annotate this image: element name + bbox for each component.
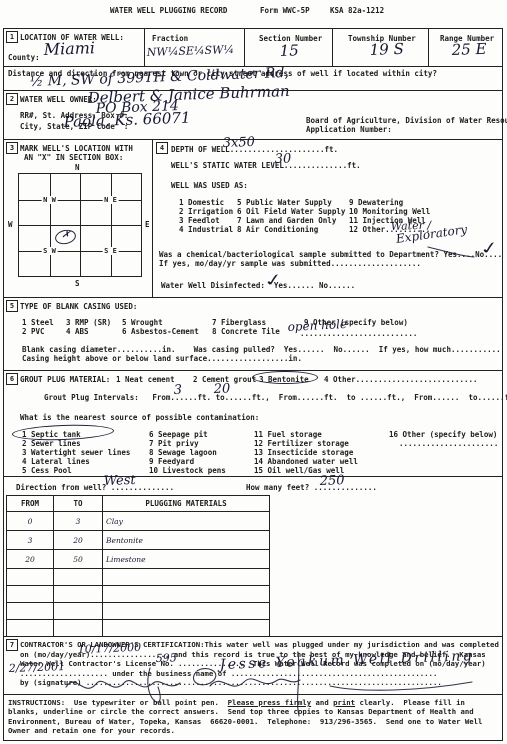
casing-title: TYPE OF BLANK CASING USED: — [20, 302, 137, 311]
license-number-value: 595 — [156, 651, 177, 665]
compass-east: E — [145, 220, 150, 229]
grid-line — [19, 200, 141, 201]
section3-number: 3 — [6, 142, 18, 154]
grid-title-line1: MARK WELL'S LOCATION WITH — [20, 144, 133, 153]
quadrant-ne-label: N E — [102, 196, 119, 204]
certification-line5: by (signature) .........................… — [20, 678, 442, 687]
bentonite-circle-annotation — [252, 371, 318, 384]
static-level-value: 30 — [274, 151, 291, 167]
instructions-text: INSTRUCTIONS: Use typewriter or ball poi… — [8, 698, 228, 707]
col-header-from: FROM — [7, 496, 54, 512]
to-cell — [54, 620, 103, 637]
quadrant-nw-label: N W — [41, 196, 58, 204]
direction-value: West — [103, 473, 135, 489]
sample-question: Was a chemical/bacteriological sample su… — [159, 250, 502, 259]
grout-material-option: 4 Other........................... — [324, 375, 478, 384]
used-option: 9 Dewatering — [349, 198, 430, 207]
feet-label: How many feet? .............. — [246, 483, 377, 492]
used-option: 6 Oil Field Water Supply — [237, 207, 345, 216]
contamination-option: 4 Lateral lines — [22, 457, 130, 466]
form-number: Form WWC-5P — [260, 6, 310, 15]
grid-title-line2: AN "X" IN SECTION BOX: — [24, 153, 123, 162]
form-statute: KSA 82a-1212 — [330, 6, 384, 15]
divider — [144, 29, 145, 66]
contamination-option: 7 Pit privy — [149, 439, 226, 448]
date-completed-value: 2/27/2001 — [9, 660, 66, 675]
used-as-col1: 1 Domestic 2 Irrigation 3 Feedlot 4 Indu… — [179, 198, 233, 234]
grid-line — [19, 225, 141, 226]
material-cell: Limestone — [103, 550, 270, 569]
instructions-underlined-text: Please press firmly — [228, 698, 311, 707]
contamination-option-other: 16 Other (specify below) — [389, 430, 498, 439]
section7-certification: 7 CONTRACTOR'S OR LANDOWNER'S CERTIFICAT… — [3, 636, 503, 695]
divider — [244, 29, 245, 66]
contamination-col2: 6 Seepage pit 7 Pit privy 8 Sewage lagoo… — [149, 430, 226, 475]
from-cell — [7, 603, 54, 620]
table-empty-row — [7, 586, 270, 603]
from-cell — [7, 620, 54, 637]
from-cell: 0 — [7, 512, 54, 531]
depth-value: 3x50 — [222, 135, 255, 151]
section4-well-details: 4 DEPTH OF WELL.....................ft. … — [152, 139, 503, 298]
section6-grout-plug: 6 GROUT PLUG MATERIAL: 1 Neat cement 2 C… — [3, 370, 503, 477]
agency-label: Board of Agriculture, Division of Water … — [306, 116, 507, 125]
casing-option: 4 ABS — [66, 327, 89, 336]
form-title: WATER WELL PLUGGING RECORD — [110, 6, 227, 15]
grout-material-option: 1 Neat cement — [116, 375, 175, 384]
quadrant-sw-label: S W — [41, 247, 58, 255]
contamination-option: 2 Sewer lines — [22, 439, 130, 448]
used-option: 10 Monitoring Well — [349, 207, 430, 216]
quadrant-se-label: S E — [102, 247, 119, 255]
casing-option: 5 Wrought — [122, 318, 163, 327]
casing-option: 1 Steel — [22, 318, 54, 327]
from-cell — [7, 586, 54, 603]
used-as-label: WELL WAS USED AS: — [171, 181, 248, 190]
contamination-col3: 11 Fuel storage 12 Fertilizer storage 13… — [254, 430, 358, 475]
county-value: Miami — [43, 38, 95, 59]
contamination-option: 14 Abandoned water well — [254, 457, 358, 466]
well-mark-x: ✗ — [61, 229, 71, 241]
contamination-option: 6 Seepage pit — [149, 430, 226, 439]
interval-to-value: 20 — [213, 381, 230, 397]
section5-number: 5 — [6, 300, 18, 312]
material-cell: Bentonite — [103, 531, 270, 550]
table-empty-row — [7, 620, 270, 637]
used-option: 8 Air Conditioning — [237, 225, 345, 234]
disinfected-label: Water Well Disinfected: Yes...... No....… — [161, 281, 355, 290]
contamination-other-dots: ...................... — [389, 439, 498, 448]
owner-label: WATER WELL OWNER: — [20, 95, 97, 104]
instructions-underlined-text: print — [333, 698, 355, 707]
contamination-option: 8 Sewage lagoon — [149, 448, 226, 457]
compass-west: W — [8, 220, 13, 229]
to-cell: 20 — [54, 531, 103, 550]
used-option: 1 Domestic — [179, 198, 233, 207]
casing-height-line: Casing height above or below land surfac… — [22, 354, 302, 363]
contamination-question: What is the nearest source of possible c… — [20, 413, 259, 422]
compass-south: S — [75, 279, 80, 288]
grid-line — [19, 251, 141, 252]
from-cell: 20 — [7, 550, 54, 569]
section4-number: 4 — [156, 142, 168, 154]
contamination-option: 3 Watertight sewer lines — [22, 448, 130, 457]
contamination-option: 10 Livestock pens — [149, 466, 226, 475]
table-row: 20 50 Limestone — [7, 550, 270, 569]
contamination-option: 13 Insecticide storage — [254, 448, 358, 457]
material-cell: Clay — [103, 512, 270, 531]
direction-and-plug-table: Direction from well? .............. West… — [3, 476, 503, 637]
used-option: 4 Industrial — [179, 225, 233, 234]
section-box-grid: N W N E S W S E ✗ — [18, 173, 142, 277]
application-number-label: Application Number: — [306, 125, 392, 134]
casing-option: 6 Asbestos-Cement — [122, 327, 199, 336]
city-value: Paola, Ks. 66071 — [63, 109, 190, 131]
to-cell — [54, 569, 103, 586]
used-as-col2: 5 Public Water Supply 6 Oil Field Water … — [237, 198, 345, 234]
static-level-label: WELL'S STATIC WATER LEVEL..............f… — [171, 161, 361, 170]
col-header-to: TO — [54, 496, 103, 512]
county-label: County: — [8, 53, 40, 62]
col-header-materials: PLUGGING MATERIALS — [103, 496, 270, 512]
section6-number: 6 — [6, 373, 18, 385]
section7-number: 7 — [6, 639, 18, 651]
section1-location-row: 1 LOCATION OF WATER WELL: County: Miami … — [3, 28, 503, 67]
direction-label: Direction from well? .............. — [16, 483, 174, 492]
casing-option: 8 Concrete Tile — [212, 327, 280, 336]
material-cell — [103, 603, 270, 620]
section2-number: 2 — [6, 93, 18, 105]
instructions-paragraph: INSTRUCTIONS: Use typewriter or ball poi… — [8, 698, 500, 736]
to-cell: 50 — [54, 550, 103, 569]
section-number-value: 15 — [279, 41, 299, 60]
interval-from-value: 3 — [173, 383, 182, 398]
divider — [428, 29, 429, 66]
casing-pulled-line: Blank casing diameter..........in. Was c… — [22, 345, 501, 354]
used-option: 7 Lawn and Garden Only — [237, 216, 345, 225]
used-option: 5 Public Water Supply — [237, 198, 345, 207]
to-cell — [54, 603, 103, 620]
casing-option: 7 Fiberglass — [212, 318, 266, 327]
table-row: 3 20 Bentonite — [7, 531, 270, 550]
material-cell — [103, 569, 270, 586]
table-empty-row — [7, 569, 270, 586]
fraction-label: Fraction — [152, 34, 188, 43]
water-well-plugging-record-form: WATER WELL PLUGGING RECORD Form WWC-5P K… — [0, 0, 507, 744]
compass-north: N — [75, 163, 80, 172]
casing-option: 3 RMP (SR) — [66, 318, 111, 327]
section5-blank-casing: 5 TYPE OF BLANK CASING USED: 1 Steel 3 R… — [3, 297, 503, 371]
sample-if-yes-label: If yes, mo/day/yr sample was submitted..… — [159, 259, 421, 268]
contamination-option: 9 Feedyard — [149, 457, 226, 466]
section3-location-grid: 3 MARK WELL'S LOCATION WITH AN "X" IN SE… — [3, 139, 153, 298]
date-plugged-value: 10/17/2000 — [78, 641, 142, 656]
material-cell — [103, 620, 270, 637]
instructions-text: and — [311, 698, 333, 707]
feet-value: 250 — [319, 473, 344, 489]
from-cell: 3 — [7, 531, 54, 550]
to-cell — [54, 586, 103, 603]
divider — [332, 29, 333, 66]
contamination-option: 12 Fertilizer storage — [254, 439, 358, 448]
section2-owner: 2 WATER WELL OWNER: Delbert & Janice Buh… — [3, 90, 503, 140]
contamination-option: 11 Fuel storage — [254, 430, 358, 439]
casing-option: 2 PVC — [22, 327, 45, 336]
township-number-value: 19 S — [369, 40, 404, 59]
contamination-col4: 16 Other (specify below) ...............… — [389, 430, 498, 448]
used-option: 2 Irrigation — [179, 207, 233, 216]
range-number-value: 25 E — [451, 40, 486, 59]
instructions-box: INSTRUCTIONS: Use typewriter or ball poi… — [3, 694, 503, 741]
grout-title: GROUT PLUG MATERIAL: — [20, 375, 110, 384]
section1-number: 1 — [6, 31, 18, 43]
table-empty-row — [7, 603, 270, 620]
table-row: 0 3 Clay — [7, 512, 270, 531]
plug-table-header-row: FROM TO PLUGGING MATERIALS — [7, 496, 270, 512]
fraction-value: NW¼SE¼SW¼ — [147, 43, 235, 59]
from-cell — [7, 569, 54, 586]
material-cell — [103, 586, 270, 603]
plugging-materials-table: FROM TO PLUGGING MATERIALS 0 3 Clay 3 20… — [6, 495, 270, 637]
to-cell: 3 — [54, 512, 103, 531]
grout-intervals-line: Grout Plug Intervals: From......ft. to..… — [44, 393, 507, 402]
used-option: 3 Feedlot — [179, 216, 233, 225]
